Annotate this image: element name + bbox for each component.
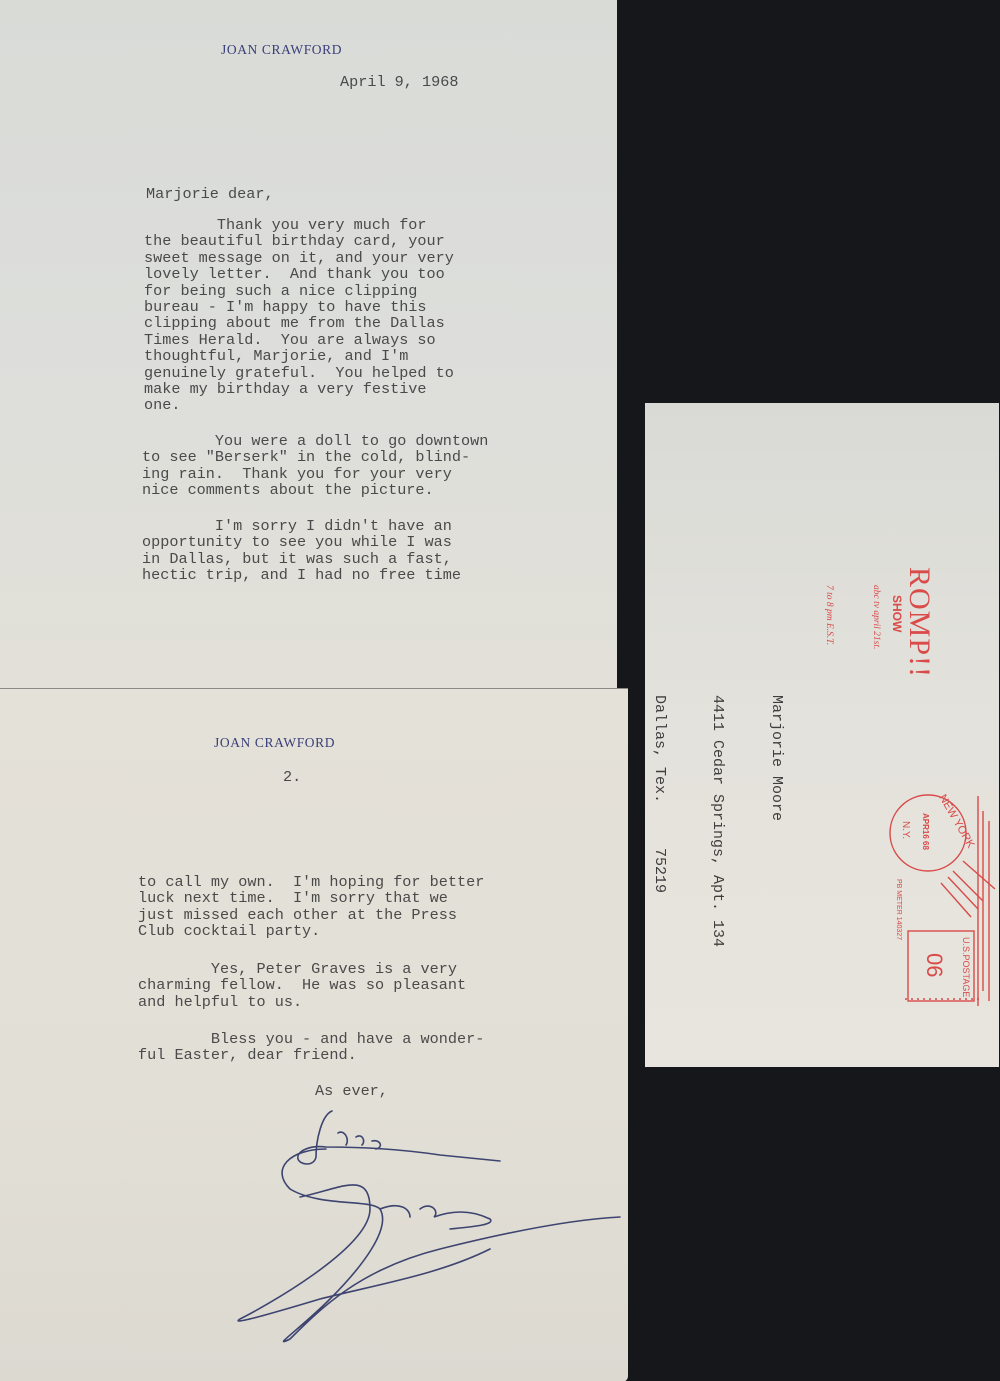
recipient-address: Marjorie Moore 4411 Cedar Springs, Apt. … bbox=[611, 695, 826, 947]
signature bbox=[0, 689, 628, 1381]
letter-page-1: JOAN CRAWFORD April 9, 1968 Marjorie dea… bbox=[0, 0, 617, 690]
salutation: Marjorie dear, bbox=[146, 186, 274, 202]
address-line: Marjorie Moore bbox=[767, 695, 787, 947]
address-line: Dallas, Tex. 75219 bbox=[650, 695, 670, 947]
postmark-state: N.Y. bbox=[900, 821, 911, 839]
paragraph: Thank you very much for the beautiful bi… bbox=[144, 217, 454, 414]
letter-date: April 9, 1968 bbox=[340, 73, 458, 91]
promo-details: abc tv april 21st. 7 to 8 pm E.S.T. bbox=[787, 585, 917, 649]
envelope: Marjorie Moore 4411 Cedar Springs, Apt. … bbox=[645, 403, 999, 1067]
postmark-date: APR16 68 bbox=[921, 813, 930, 850]
paragraph: I'm sorry I didn't have an opportunity t… bbox=[142, 518, 461, 584]
postmark-meter: NEW YORK N.Y. APR16 68 PB METER 140327 U… bbox=[883, 791, 999, 1006]
letterhead: JOAN CRAWFORD bbox=[221, 42, 342, 58]
postage-amount: 06 bbox=[922, 953, 947, 977]
letter-page-2: JOAN CRAWFORD 2. to call my own. I'm hop… bbox=[0, 688, 628, 1381]
postmark-city: NEW YORK bbox=[936, 793, 977, 851]
meter-number: PB METER 140327 bbox=[895, 879, 902, 940]
postage-label: U.S.POSTAGE bbox=[961, 937, 971, 997]
paragraph: You were a doll to go downtown to see "B… bbox=[142, 433, 488, 499]
address-line: 4411 Cedar Springs, Apt. 134 bbox=[708, 695, 728, 947]
